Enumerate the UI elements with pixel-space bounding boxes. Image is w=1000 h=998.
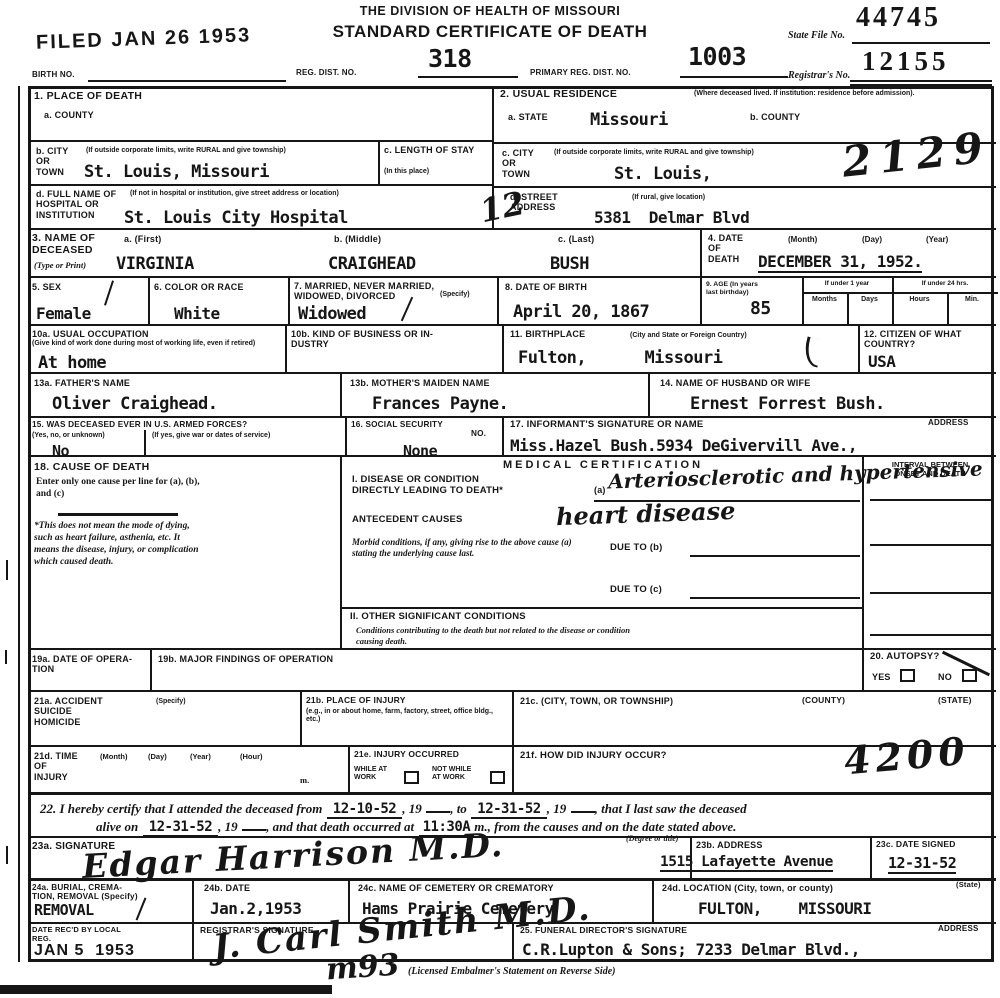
- field-major-findings: 19b. MAJOR FINDINGS OF OPERATION: [150, 648, 862, 690]
- usual-residence-title: 2. USUAL RESIDENCE: [500, 88, 617, 100]
- antecedent-causes-label: ANTECEDENT CAUSES: [352, 515, 463, 526]
- middle-name-label: b. (Middle): [334, 234, 381, 244]
- margin-mark-3: [6, 846, 8, 864]
- autopsy-label: 20. AUTOPSY?: [870, 652, 939, 663]
- field-length-of-stay: c. LENGTH OF STAY (In this place): [378, 140, 492, 184]
- burial-location-label: 24d. LOCATION (City, town, or county): [662, 883, 833, 893]
- due-to-b-label: DUE TO (b): [610, 543, 663, 554]
- cause-divider: [58, 513, 178, 516]
- cause-a-tag: (a): [594, 485, 606, 495]
- age-divider-2: [847, 292, 849, 326]
- min-label: Min.: [947, 296, 997, 304]
- birthplace-hand-flourish: [801, 336, 824, 367]
- date-of-death-value: DECEMBER 31, 1952.: [758, 252, 922, 273]
- occupation-note: (Give kind of work done during most of w…: [32, 340, 276, 348]
- interval-line-2: [870, 544, 992, 546]
- sex-label: 5. SEX: [32, 282, 61, 292]
- cert-text-4: , 19: [547, 801, 567, 816]
- age-divider-4: [947, 292, 949, 326]
- informant-address-label: ADDRESS: [928, 418, 969, 427]
- margin-mark-1: [6, 560, 8, 580]
- date-signed-label: 23c. DATE SIGNED: [876, 840, 992, 850]
- primary-reg-dist-label: PRIMARY REG. DIST. NO.: [530, 68, 631, 77]
- business-industry-label: 10b. KIND OF BUSINESS OR IN- DUSTRY: [291, 329, 497, 350]
- residence-state-label: a. STATE: [508, 112, 548, 122]
- deceased-subtitle: (Type or Print): [34, 260, 86, 271]
- armed-forces-note1: (Yes, no, or unknown): [32, 432, 105, 440]
- date-received-stamp: JAN 5 1953: [34, 942, 135, 960]
- field-hospital-name: d. FULL NAME OF HOSPITAL OR INSTITUTION …: [28, 184, 492, 228]
- mother-name-label: 13b. MOTHER'S MAIDEN NAME: [350, 378, 490, 388]
- field-street-address: d. STREET ADDRESS (If rural, give locati…: [492, 186, 996, 228]
- field-date-signed: 23c. DATE SIGNED 12-31-52: [870, 836, 996, 878]
- field-age: 9. AGE (In years last birthday) 85 If un…: [700, 276, 996, 324]
- date-of-birth-label: 8. DATE OF BIRTH: [505, 282, 587, 292]
- ssn-label: 16. SOCIAL SECURITY: [351, 420, 443, 429]
- informant-label: 17. INFORMANT'S SIGNATURE OR NAME: [510, 420, 703, 431]
- burial-state-label: (State): [956, 881, 981, 890]
- funeral-director-underline: [516, 960, 994, 962]
- street-address-note: (If rural, give location): [632, 194, 705, 202]
- field-date-of-operation: 19a. DATE OF OPERA- TION: [28, 648, 150, 690]
- field-date-of-birth: 8. DATE OF BIRTH April 20, 1867: [497, 276, 700, 324]
- autopsy-no-label: NO: [938, 672, 952, 682]
- physician-address-value: 1515 Lafayette Avenue: [660, 854, 833, 872]
- cert-last-alive: 12-31-52: [143, 819, 218, 837]
- field-citizen: 12. CITIZEN OF WHAT COUNTRY? USA: [858, 324, 996, 372]
- field-color-race: 6. COLOR OR RACE White: [148, 276, 288, 324]
- field-marital-status: 7. MARRIED, NEVER MARRIED, WIDOWED, DIVO…: [288, 276, 497, 324]
- age-subheader-line: [802, 292, 998, 294]
- field-occupation: 10a. USUAL OCCUPATION (Give kind of work…: [28, 324, 285, 372]
- mother-name-value: Frances Payne.: [372, 394, 508, 414]
- marital-value: Widowed: [298, 304, 366, 324]
- interval-column: INTERVAL BETWEEN ONSET AND DEATH: [862, 455, 996, 648]
- length-of-stay-label: c. LENGTH OF STAY: [384, 145, 488, 155]
- hospital-label: d. FULL NAME OF HOSPITAL OR INSTITUTION: [36, 189, 128, 220]
- cert-text-1: 22. I hereby certify that I attended the…: [40, 801, 322, 816]
- certification-line-1: 22. I hereby certify that I attended the…: [40, 799, 747, 818]
- embalmer-note: (Licensed Embalmer's Statement on Revers…: [408, 966, 615, 979]
- cert-text-3: , to: [450, 801, 467, 816]
- days-label: Days: [847, 296, 892, 304]
- field-armed-forces: 15. WAS DECEASED EVER IN U.S. ARMED FORC…: [28, 416, 345, 455]
- field-place-of-injury: 21b. PLACE OF INJURY (e.g., in or about …: [300, 690, 512, 745]
- interval-label: INTERVAL BETWEEN ONSET AND DEATH: [868, 461, 992, 478]
- medical-certification-block: MEDICAL CERTIFICATION I. DISEASE OR COND…: [340, 455, 862, 648]
- bottom-scan-bar: [0, 985, 332, 994]
- months-label: Months: [802, 296, 847, 304]
- reg-dist-value: 318: [428, 44, 472, 73]
- margin-mark-2: [5, 650, 7, 664]
- not-while-at-work-label: NOT WHILE AT WORK: [432, 766, 488, 782]
- hospital-note: (If not in hospital or institution, give…: [130, 190, 480, 198]
- field-birthplace: 11. BIRTHPLACE (City and State or Foreig…: [502, 324, 858, 372]
- field-informant: 17. INFORMANT'S SIGNATURE OR NAME ADDRES…: [502, 416, 996, 455]
- cert-blank-2: [571, 799, 595, 813]
- county-label: a. COUNTY: [44, 110, 94, 120]
- day-col-label: (Day): [862, 235, 882, 244]
- field-place-of-death: 1. PLACE OF DEATH a. COUNTY: [28, 86, 492, 140]
- cause-note2: *This does not mean the mode of dying, s…: [34, 521, 202, 569]
- injury-county-label: (COUNTY): [802, 696, 845, 706]
- injury-month-label: (Month): [100, 753, 127, 762]
- autopsy-yes-label: YES: [872, 672, 891, 682]
- due-to-c-line: [690, 597, 860, 599]
- state-file-no-label: State File No.: [788, 30, 845, 43]
- autopsy-yes-checkbox: [900, 669, 915, 682]
- color-race-label: 6. COLOR OR RACE: [154, 282, 244, 292]
- interval-line-1: [870, 499, 992, 501]
- city-note: (If outside corporate limits, write RURA…: [86, 147, 346, 155]
- while-at-work-label: WHILE AT WORK: [354, 766, 406, 782]
- injury-year-label: (Year): [190, 753, 211, 762]
- footer-hand-mark: m93: [325, 947, 401, 987]
- field-autopsy: 20. AUTOPSY? YES NO: [862, 648, 996, 690]
- while-at-work-checkbox: [404, 771, 419, 784]
- city-label: b. CITY OR TOWN: [36, 146, 84, 177]
- color-race-value: White: [174, 304, 220, 323]
- cert-blank-1: [426, 799, 450, 813]
- injury-city-label: 21c. (CITY, TOWN, OR TOWNSHIP): [520, 696, 673, 706]
- place-of-injury-label: 21b. PLACE OF INJURY: [306, 696, 406, 706]
- informant-value: Miss.Hazel Bush.5934 DeGivervill Ave.,: [510, 436, 857, 455]
- burial-value: REMOVAL: [34, 901, 94, 919]
- last-name-label: c. (Last): [558, 234, 594, 244]
- father-name-label: 13a. FATHER'S NAME: [34, 378, 130, 388]
- occupation-value: At home: [38, 353, 106, 373]
- primary-reg-underline: [680, 76, 788, 78]
- father-name-value: Oliver Craighead.: [52, 394, 218, 414]
- under-day-label: If under 24 hrs.: [892, 280, 998, 287]
- injury-day-label: (Day): [148, 753, 167, 762]
- hospital-value: St. Louis City Hospital: [124, 208, 348, 228]
- residence-state-value: Missouri: [590, 110, 668, 130]
- field-mother-name: 13b. MOTHER'S MAIDEN NAME Frances Payne.: [340, 372, 648, 416]
- due-to-b-line: [690, 555, 860, 557]
- funeral-director-value: C.R.Lupton & Sons; 7233 Delmar Blvd.,: [522, 940, 860, 959]
- not-while-at-work-checkbox: [490, 771, 505, 784]
- other-conditions-divider: [342, 607, 864, 609]
- certificate-title: STANDARD CERTIFICATE OF DEATH: [280, 22, 700, 42]
- filed-date-stamp: FILED JAN 26 1953: [36, 24, 252, 54]
- residence-city-label: c. CITY OR TOWN: [502, 148, 552, 179]
- place-of-death-title: 1. PLACE OF DEATH: [34, 90, 142, 102]
- cert-text-6: alive on: [96, 819, 138, 834]
- armed-forces-note2: (If yes, give war or dates of service): [152, 432, 332, 440]
- age-value: 85: [750, 298, 771, 319]
- cause-of-death-label: 18. CAUSE OF DEATH: [34, 461, 149, 473]
- deceased-title: 3. NAME OF DECEASED: [32, 232, 118, 256]
- reg-dist-label: REG. DIST. NO.: [296, 68, 357, 77]
- registrars-no-label: Registrar's No.: [788, 70, 850, 83]
- date-of-operation-label: 19a. DATE OF OPERA- TION: [32, 654, 144, 675]
- street-address-value: 5381 Delmar Blvd: [594, 208, 749, 227]
- burial-location-value: FULTON, MISSOURI: [698, 899, 872, 918]
- interval-line-3: [870, 592, 992, 594]
- field-residence-city: c. CITY OR TOWN (If outside corporate li…: [492, 142, 996, 186]
- date-of-birth-value: April 20, 1867: [513, 302, 649, 322]
- field-spouse-name: 14. NAME OF HUSBAND OR WIFE Ernest Forre…: [648, 372, 996, 416]
- sex-hand-mark: [104, 280, 114, 305]
- first-name-value: VIRGINIA: [116, 254, 194, 274]
- other-conditions-label: II. OTHER SIGNIFICANT CONDITIONS: [350, 612, 526, 623]
- field-physician-address: 23b. ADDRESS 1515 Lafayette Avenue: [690, 836, 870, 878]
- birth-no-blank: [88, 80, 286, 82]
- injury-hour-label: (Hour): [240, 753, 263, 762]
- interval-line-4: [870, 634, 992, 636]
- how-injury-label: 21f. HOW DID INJURY OCCUR?: [520, 751, 667, 762]
- accident-label: 21a. ACCIDENT SUICIDE HOMICIDE: [34, 696, 126, 727]
- death-certificate: THE DIVISION OF HEALTH OF MISSOURI STAND…: [0, 0, 1000, 998]
- registrars-no-value: 12155: [862, 46, 950, 77]
- cert-text-5: , that I last saw the deceased: [595, 801, 747, 816]
- month-col-label: (Month): [788, 235, 817, 244]
- citizen-value: USA: [868, 352, 895, 371]
- burial-date-value: Jan.2,1953: [210, 899, 301, 918]
- injury-state-label: (STATE): [938, 696, 972, 706]
- field-time-of-injury: 21d. TIME OF INJURY (Month) (Day) (Year)…: [28, 745, 348, 792]
- last-name-value: BUSH: [550, 254, 589, 274]
- field-name-of-deceased: 3. NAME OF DECEASED (Type or Print) a. (…: [28, 228, 700, 276]
- armed-forces-divider: [144, 430, 146, 457]
- burial-date-label: 24b. DATE: [204, 883, 250, 893]
- birthplace-value: Fulton, Missouri: [518, 348, 722, 368]
- agency-title: THE DIVISION OF HEALTH OF MISSOURI: [300, 4, 680, 18]
- usual-residence-note: (Where deceased lived. If institution: r…: [694, 90, 990, 98]
- registrars-underline-1: [850, 80, 992, 82]
- injury-occurred-label: 21e. INJURY OCCURRED: [354, 750, 459, 760]
- field-sex: 5. SEX Female: [28, 276, 148, 324]
- citizen-label: 12. CITIZEN OF WHAT COUNTRY?: [864, 329, 994, 350]
- year-col-label: (Year): [926, 235, 948, 244]
- state-file-no-value: 44745: [856, 2, 941, 34]
- sex-value: Female: [36, 304, 91, 323]
- field-date-received: DATE REC'D BY LOCAL REG. JAN 5 1953: [28, 922, 192, 962]
- margin-handwriting-12: 12: [477, 184, 528, 230]
- injury-handwriting: 4200: [842, 728, 971, 784]
- field-cause-of-death: 18. CAUSE OF DEATH Enter only one cause …: [28, 455, 340, 648]
- cert-text-7: , 19: [218, 819, 238, 834]
- birth-no-label: BIRTH NO.: [32, 70, 75, 79]
- antecedent-note: Morbid conditions, if any, giving rise t…: [352, 537, 584, 560]
- field-business-industry: 10b. KIND OF BUSINESS OR IN- DUSTRY: [285, 324, 502, 372]
- state-file-underline: [852, 42, 990, 44]
- age-divider-3: [892, 278, 894, 326]
- due-to-c-label: DUE TO (c): [610, 585, 662, 596]
- left-margin-line: [18, 86, 20, 962]
- field-injury-occurred: 21e. INJURY OCCURRED WHILE AT WORK NOT W…: [348, 745, 512, 792]
- field-how-injury-occurred: 21f. HOW DID INJURY OCCUR? 4200: [512, 745, 996, 792]
- cert-text-2: , 19: [402, 801, 422, 816]
- primary-reg-dist-value: 1003: [688, 42, 746, 71]
- under-year-label: If under 1 year: [802, 280, 892, 287]
- age-label: 9. AGE (In years last birthday): [706, 281, 798, 297]
- field-burial-location: 24d. LOCATION (City, town, or county) (S…: [652, 878, 996, 922]
- physician-address-label: 23b. ADDRESS: [696, 840, 763, 850]
- length-of-stay-note: (In this place): [384, 168, 429, 176]
- residence-city-note: (If outside corporate limits, write RURA…: [554, 149, 864, 157]
- cause-note1: Enter only one cause per line for (a), (…: [36, 477, 206, 501]
- middle-name-value: CRAIGHEAD: [328, 254, 416, 274]
- field-social-security: 16. SOCIAL SECURITY NO. None: [345, 416, 502, 455]
- city-value: St. Louis, Missouri: [84, 162, 269, 182]
- place-of-injury-note: (e.g., in or about home, farm, factory, …: [306, 708, 504, 724]
- accident-note: (Specify): [156, 698, 186, 706]
- burial-label: 24a. BURIAL, CREMA- TION, REMOVAL (Speci…: [32, 883, 188, 902]
- residence-city-value: St. Louis,: [614, 164, 711, 184]
- time-of-injury-label: 21d. TIME OF INJURY: [34, 751, 94, 782]
- field-father-name: 13a. FATHER'S NAME Oliver Craighead.: [28, 372, 340, 416]
- spouse-name-label: 14. NAME OF HUSBAND OR WIFE: [660, 378, 810, 388]
- field-accident-suicide-homicide: 21a. ACCIDENT SUICIDE HOMICIDE (Specify): [28, 690, 300, 745]
- autopsy-no-checkbox: [962, 669, 977, 682]
- occupation-label: 10a. USUAL OCCUPATION: [32, 329, 149, 339]
- birthplace-label: 11. BIRTHPLACE: [510, 329, 585, 339]
- date-received-label: DATE REC'D BY LOCAL REG.: [32, 926, 186, 943]
- disease-condition-label: I. DISEASE OR CONDITION DIRECTLY LEADING…: [352, 475, 612, 497]
- residence-county-label: b. COUNTY: [750, 112, 800, 122]
- cert-text-9: m., from the causes and on the date stat…: [474, 819, 736, 834]
- field-city-of-death: b. CITY OR TOWN (If outside corporate li…: [28, 140, 378, 184]
- injury-m-label: m.: [300, 775, 309, 786]
- major-findings-label: 19b. MAJOR FINDINGS OF OPERATION: [158, 654, 333, 664]
- ssn-no-label: NO.: [471, 429, 486, 438]
- date-signed-value: 12-31-52: [888, 854, 956, 874]
- field-date-of-death: 4. DATE OF DEATH (Month) (Day) (Year) DE…: [700, 228, 996, 276]
- cert-blank-3: [242, 817, 266, 831]
- marital-note: (Specify): [440, 291, 470, 299]
- funeral-director-address-label: ADDRESS: [938, 924, 979, 933]
- spouse-name-value: Ernest Forrest Bush.: [690, 394, 885, 414]
- first-name-label: a. (First): [124, 234, 162, 244]
- armed-forces-label: 15. WAS DECEASED EVER IN U.S. ARMED FORC…: [32, 420, 344, 429]
- reg-dist-underline: [418, 76, 518, 78]
- other-conditions-note: Conditions contributing to the death but…: [356, 625, 656, 646]
- degree-title-note: (Degree or title): [626, 834, 678, 844]
- cemetery-label: 24c. NAME OF CEMETERY OR CREMATORY: [358, 883, 554, 893]
- date-of-death-title: 4. DATE OF DEATH: [708, 233, 756, 264]
- cause-handwriting-line2: heart disease: [556, 496, 736, 531]
- hours-label: Hours: [892, 296, 947, 304]
